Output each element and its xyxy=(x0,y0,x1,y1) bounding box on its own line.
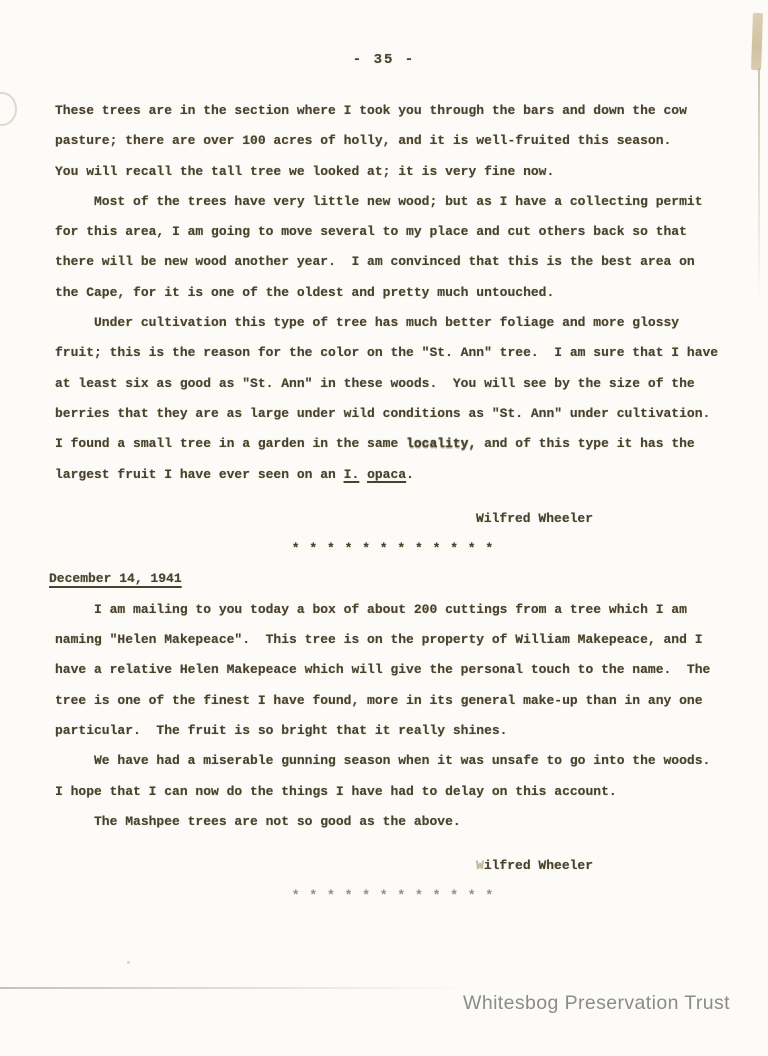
underlined-text: I. xyxy=(344,467,360,482)
text-line: the Cape, for it is one of the oldest an… xyxy=(55,278,731,308)
asterisk-separator-1: * * * * * * * * * * * * xyxy=(55,534,731,564)
signature-wilfred-wheeler-2: Wilfred Wheeler xyxy=(55,851,731,881)
scan-artifact-tape-line xyxy=(758,68,760,303)
text-line: fruit; this is the reason for the color … xyxy=(55,338,731,368)
scanned-letter-page: - 35 - These trees are in the section wh… xyxy=(0,0,768,1056)
text-line: You will recall the tall tree we looked … xyxy=(55,157,731,187)
asterisk-separator-2: * * * * * * * * * * * * xyxy=(55,881,731,911)
spacer xyxy=(55,837,731,851)
letter1-paragraphs: These trees are in the section where I t… xyxy=(55,96,731,490)
text-line: naming "Helen Makepeace". This tree is o… xyxy=(55,625,731,655)
text-segment: and of this type it has the xyxy=(476,436,694,451)
text-line: I found a small tree in a garden in the … xyxy=(55,429,731,459)
overtyped-text: locality, xyxy=(406,436,476,451)
scan-artifact-speck xyxy=(127,961,130,964)
text-line: Most of the trees have very little new w… xyxy=(55,187,731,217)
scan-artifact-fold-line xyxy=(0,987,470,989)
text-line: The Mashpee trees are not so good as the… xyxy=(55,807,731,837)
text-line: I am mailing to you today a box of about… xyxy=(55,595,731,625)
text-segment xyxy=(359,467,367,482)
text-segment: largest fruit I have ever seen on an xyxy=(55,467,344,482)
text-line: Under cultivation this type of tree has … xyxy=(55,308,731,338)
text-line: I hope that I can now do the things I ha… xyxy=(55,777,731,807)
text-line: tree is one of the finest I have found, … xyxy=(55,686,731,716)
text-line: berries that they are as large under wil… xyxy=(55,399,731,429)
underlined-text: opaca xyxy=(367,467,406,482)
spacer xyxy=(55,490,731,504)
watermark: Whitesbog Preservation Trust xyxy=(463,992,730,1015)
text-line: pasture; there are over 100 acres of hol… xyxy=(55,126,731,156)
letter-date: December 14, 1941 xyxy=(49,564,731,594)
signature-wilfred-wheeler-1: Wilfred Wheeler xyxy=(55,504,731,534)
text-line: at least six as good as "St. Ann" in the… xyxy=(55,369,731,399)
letter2-paragraphs: I am mailing to you today a box of about… xyxy=(55,595,731,837)
text-line: We have had a miserable gunning season w… xyxy=(55,746,731,776)
page-number: - 35 - xyxy=(0,52,768,68)
text-segment: . xyxy=(406,467,414,482)
letter-body: These trees are in the section where I t… xyxy=(55,96,731,912)
text-line: These trees are in the section where I t… xyxy=(55,96,731,126)
text-line: there will be new wood another year. I a… xyxy=(55,247,731,277)
text-line: for this area, I am going to move severa… xyxy=(55,217,731,247)
text-segment: I found a small tree in a garden in the … xyxy=(55,436,406,451)
text-line: largest fruit I have ever seen on an I. … xyxy=(55,460,731,490)
scan-artifact-curl-mark xyxy=(0,92,17,126)
text-line: have a relative Helen Makepeace which wi… xyxy=(55,655,731,685)
text-line: particular. The fruit is so bright that … xyxy=(55,716,731,746)
